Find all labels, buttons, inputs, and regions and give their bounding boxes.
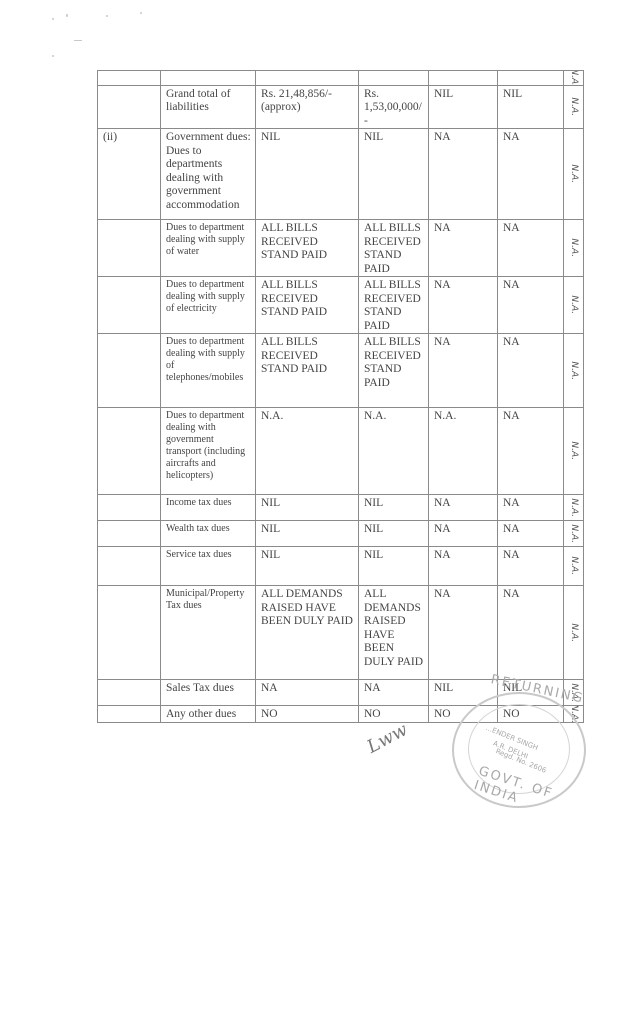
table-row: Service tax duesNILNILNANAN.A.	[98, 547, 584, 586]
value-cell-2: NA	[359, 680, 429, 706]
margin-initial-mark: N.A.	[564, 495, 584, 521]
value-cell-2: NIL	[359, 129, 429, 220]
value-cell-1: ALL BILLS RECEIVED STAND PAID	[256, 277, 359, 334]
mark-text: N.A.	[567, 71, 581, 86]
value-cell-1: ALL BILLS RECEIVED STAND PAID	[256, 334, 359, 408]
margin-initial-mark: N.A.	[564, 71, 584, 86]
serial-cell	[98, 334, 161, 408]
value-cell-2: ALL BILLS RECEIVED STAND PAID	[359, 277, 429, 334]
margin-initial-mark: N.A.	[564, 586, 584, 680]
value-cell-2: NIL	[359, 495, 429, 521]
table-row: Wealth tax duesNILNILNANAN.A.	[98, 521, 584, 547]
value-cell-1: NIL	[256, 129, 359, 220]
value-cell-4: NA	[498, 334, 564, 408]
value-cell-4: NA	[498, 547, 564, 586]
particulars-cell: Grand total of liabilities	[161, 85, 256, 129]
value-cell-2: ALL BILLS RECEIVED STAND PAID	[359, 220, 429, 277]
value-cell-2: NIL	[359, 547, 429, 586]
value-cell-2: Rs. 1,53,00,000/ -	[359, 85, 429, 129]
value-cell-3: N.A.	[429, 408, 498, 495]
particulars-cell: Sales Tax dues	[161, 680, 256, 706]
particulars-cell: Any other dues	[161, 706, 256, 723]
value-cell-1: ALL DEMANDS RAISED HAVE BEEN DULY PAID	[256, 586, 359, 680]
value-cell-1: NIL	[256, 495, 359, 521]
margin-initial-mark: N.A.	[564, 129, 584, 220]
value-cell-1: NIL	[256, 521, 359, 547]
value-cell-3: NA	[429, 129, 498, 220]
table-header-row: N.A.	[98, 71, 584, 86]
value-cell-1: NA	[256, 680, 359, 706]
table-row: Dues to department dealing with supply o…	[98, 334, 584, 408]
particulars-cell: Dues to department dealing with supply o…	[161, 220, 256, 277]
serial-cell	[98, 547, 161, 586]
table-row: Dues to department dealing with supply o…	[98, 220, 584, 277]
header-cell	[256, 71, 359, 86]
margin-initial-mark: N.A.	[564, 277, 584, 334]
official-stamp: RETURNING ...ENDER SINGH A.R. DELHI Regd…	[452, 692, 586, 808]
value-cell-1: N.A.	[256, 408, 359, 495]
value-cell-4: NIL	[498, 85, 564, 129]
value-cell-1: Rs. 21,48,856/- (approx)	[256, 85, 359, 129]
value-cell-4: NA	[498, 521, 564, 547]
mark-text: N.A.	[567, 97, 581, 116]
margin-initial-mark: N.A.	[564, 547, 584, 586]
mark-text: N.A.	[567, 239, 581, 258]
table-row: Income tax duesNILNILNANAN.A.	[98, 495, 584, 521]
mark-text: N.A.	[567, 557, 581, 576]
table-row: Dues to department dealing with supply o…	[98, 277, 584, 334]
serial-cell	[98, 706, 161, 723]
value-cell-2: ALL BILLS RECEIVED STAND PAID	[359, 334, 429, 408]
value-cell-4: NA	[498, 495, 564, 521]
value-cell-3: NA	[429, 521, 498, 547]
mark-text: N.A.	[567, 524, 581, 543]
value-cell-3: NA	[429, 277, 498, 334]
value-cell-2: ALL DEMANDS RAISED HAVE BEEN DULY PAID	[359, 586, 429, 680]
scan-specks	[0, 0, 200, 70]
serial-cell: (ii)	[98, 129, 161, 220]
value-cell-1: NIL	[256, 547, 359, 586]
particulars-cell: Dues to department dealing with governme…	[161, 408, 256, 495]
particulars-cell: Income tax dues	[161, 495, 256, 521]
value-cell-3: NA	[429, 495, 498, 521]
margin-initial-mark: N.A.	[564, 408, 584, 495]
value-cell-4: NA	[498, 408, 564, 495]
header-cell	[161, 71, 256, 86]
value-cell-3: NA	[429, 586, 498, 680]
mark-text: N.A.	[567, 296, 581, 315]
value-cell-4: NA	[498, 277, 564, 334]
value-cell-2: NO	[359, 706, 429, 723]
government-dues-table: N.A.Grand total of liabilitiesRs. 21,48,…	[97, 70, 584, 723]
margin-initial-mark: N.A.	[564, 334, 584, 408]
serial-cell	[98, 680, 161, 706]
mark-text: N.A.	[567, 361, 581, 380]
header-cell	[98, 71, 161, 86]
table-row: Grand total of liabilitiesRs. 21,48,856/…	[98, 85, 584, 129]
mark-text: N.A.	[567, 442, 581, 461]
value-cell-3: NA	[429, 220, 498, 277]
particulars-cell: Dues to department dealing with supply o…	[161, 334, 256, 408]
margin-initial-mark: N.A.	[564, 85, 584, 129]
particulars-cell: Municipal/Property Tax dues	[161, 586, 256, 680]
particulars-cell: Dues to department dealing with supply o…	[161, 277, 256, 334]
table-row: Municipal/Property Tax duesALL DEMANDS R…	[98, 586, 584, 680]
handwritten-signature: Lww	[364, 719, 412, 758]
value-cell-4: NA	[498, 586, 564, 680]
value-cell-4: NA	[498, 129, 564, 220]
serial-cell	[98, 277, 161, 334]
mark-text: N.A.	[567, 165, 581, 184]
serial-cell	[98, 495, 161, 521]
serial-cell	[98, 586, 161, 680]
value-cell-4: NA	[498, 220, 564, 277]
serial-cell	[98, 521, 161, 547]
value-cell-1: NO	[256, 706, 359, 723]
particulars-cell: Government dues: Dues to departments dea…	[161, 129, 256, 220]
serial-cell	[98, 220, 161, 277]
header-cell	[498, 71, 564, 86]
header-cell	[359, 71, 429, 86]
value-cell-3: NA	[429, 334, 498, 408]
mark-text: N.A.	[567, 623, 581, 642]
serial-cell	[98, 408, 161, 495]
value-cell-2: NIL	[359, 521, 429, 547]
table-row: Dues to department dealing with governme…	[98, 408, 584, 495]
table-row: (ii)Government dues: Dues to departments…	[98, 129, 584, 220]
value-cell-1: ALL BILLS RECEIVED STAND PAID	[256, 220, 359, 277]
serial-cell	[98, 85, 161, 129]
value-cell-3: NA	[429, 547, 498, 586]
particulars-cell: Wealth tax dues	[161, 521, 256, 547]
value-cell-3: NIL	[429, 85, 498, 129]
margin-initial-mark: N.A.	[564, 521, 584, 547]
value-cell-2: N.A.	[359, 408, 429, 495]
particulars-cell: Service tax dues	[161, 547, 256, 586]
mark-text: N.A.	[567, 498, 581, 517]
header-cell	[429, 71, 498, 86]
margin-initial-mark: N.A.	[564, 220, 584, 277]
